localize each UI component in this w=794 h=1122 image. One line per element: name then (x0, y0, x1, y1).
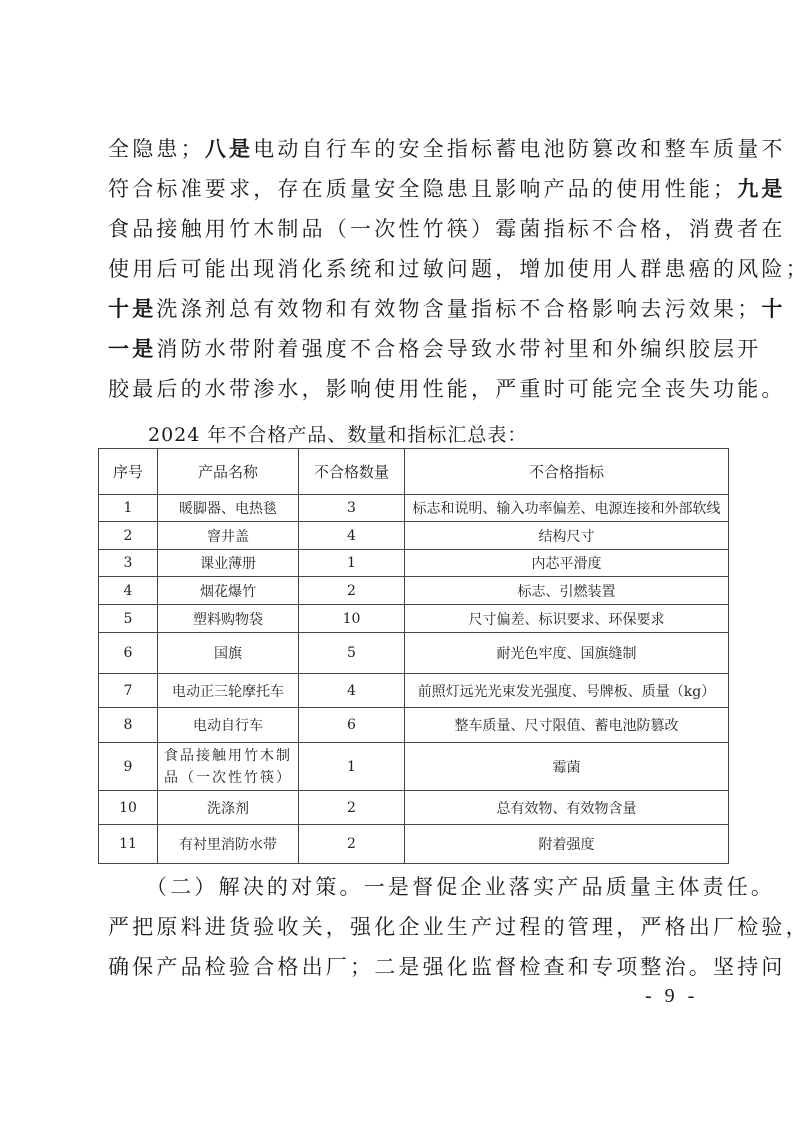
cell-no: 7 (99, 674, 158, 708)
cell-no: 1 (99, 495, 158, 522)
page-number: - 9 - (645, 985, 698, 1008)
table-row: 11有衬里消防水带2附着强度 (99, 825, 729, 864)
text-run: 食品接触用竹木制品（一次性竹筷）霉菌指标不合格，消费者在 (108, 217, 786, 241)
cell-no: 3 (99, 550, 158, 577)
cell-name: 窨井盖 (158, 522, 299, 550)
cell-count: 2 (299, 577, 405, 605)
cell-no: 5 (99, 605, 158, 633)
header-product-name: 产品名称 (158, 449, 299, 495)
text-run: 全隐患； (108, 137, 205, 161)
cell-no: 11 (99, 825, 158, 864)
cell-no: 9 (99, 743, 158, 791)
cell-count: 4 (299, 674, 405, 708)
cell-count: 10 (299, 605, 405, 633)
header-count: 不合格数量 (299, 449, 405, 495)
table-row: 10洗涤剂2总有效物、有效物含量 (99, 791, 729, 825)
cell-name: 烟花爆竹 (158, 577, 299, 605)
cell-indicators: 总有效物、有效物含量 (405, 791, 729, 825)
cell-count: 6 (299, 708, 405, 743)
cell-indicators: 结构尺寸 (405, 522, 729, 550)
paragraph-line: 确保产品检验合格出厂；二是强化监督检查和专项整治。坚持问 (108, 955, 786, 979)
cell-indicators: 霉菌 (405, 743, 729, 791)
cell-name: 电动自行车 (158, 708, 299, 743)
cell-name: 塑料购物袋 (158, 605, 299, 633)
text-run: 符合标准要求，存在质量安全隐患且影响产品的使用性能； (108, 177, 737, 201)
cell-name: 食品接触用竹木制品（一次性竹筷） (158, 743, 299, 791)
cell-no: 4 (99, 577, 158, 605)
bold-ordinal: 十是 (108, 296, 156, 321)
header-no: 序号 (99, 449, 158, 495)
table-row: 9食品接触用竹木制品（一次性竹筷）1霉菌 (99, 743, 729, 791)
paragraph-line: 十是洗涤剂总有效物和有效物含量指标不合格影响去污效果；十 (108, 297, 786, 321)
cell-indicators: 耐光色牢度、国旗缝制 (405, 633, 729, 674)
cell-indicators: 标志、引燃装置 (405, 577, 729, 605)
table-row: 7电动正三轮摩托车4前照灯远光光束发光强度、号牌板、质量（kg） (99, 674, 729, 708)
cell-no: 8 (99, 708, 158, 743)
nonconforming-products-table: 序号 产品名称 不合格数量 不合格指标 1暖脚器、电热毯3标志和说明、输入功率偏… (98, 448, 729, 864)
cell-no: 2 (99, 522, 158, 550)
bold-ordinal: 九是 (737, 176, 785, 201)
table-caption: 2024 年不合格产品、数量和指标汇总表： (148, 420, 527, 447)
cell-indicators: 标志和说明、输入功率偏差、电源连接和外部软线 (405, 495, 729, 522)
text-run: 电动自行车的安全指标蓄电池防篡改和整车质量不 (253, 137, 785, 161)
text-run: 胶最后的水带渗水，影响使用性能，严重时可能完全丧失功能。 (108, 377, 786, 401)
bold-ordinal: 一是 (108, 336, 156, 361)
paragraph-line: 食品接触用竹木制品（一次性竹筷）霉菌指标不合格，消费者在 (108, 217, 786, 241)
cell-name: 有衬里消防水带 (158, 825, 299, 864)
text-run: 消防水带附着强度不合格会导致水带衬里和外编织胶层开 (156, 337, 761, 361)
table-row: 4烟花爆竹2标志、引燃装置 (99, 577, 729, 605)
table-row: 5塑料购物袋10尺寸偏差、标识要求、环保要求 (99, 605, 729, 633)
cell-indicators: 整车质量、尺寸限值、蓄电池防篡改 (405, 708, 729, 743)
paragraph-line: 一是消防水带附着强度不合格会导致水带衬里和外编织胶层开 (108, 337, 761, 361)
cell-count: 1 (299, 550, 405, 577)
table-row: 1暖脚器、电热毯3标志和说明、输入功率偏差、电源连接和外部软线 (99, 495, 729, 522)
cell-no: 10 (99, 791, 158, 825)
paragraph-line: 全隐患；八是电动自行车的安全指标蓄电池防篡改和整车质量不 (108, 137, 786, 161)
text-run: 使用后可能出现消化系统和过敏问题，增加使用人群患癌的风险； (108, 257, 794, 281)
cell-name: 国旗 (158, 633, 299, 674)
cell-count: 1 (299, 743, 405, 791)
header-indicators: 不合格指标 (405, 449, 729, 495)
cell-no: 6 (99, 633, 158, 674)
cell-count: 5 (299, 633, 405, 674)
paragraph-line: （二）解决的对策。一是督促企业落实产品质量主体责任。 (108, 875, 775, 899)
paragraph-line: 符合标准要求，存在质量安全隐患且影响产品的使用性能；九是 (108, 177, 786, 201)
cell-count: 2 (299, 791, 405, 825)
table-row: 2窨井盖4结构尺寸 (99, 522, 729, 550)
cell-name: 暖脚器、电热毯 (158, 495, 299, 522)
table-row: 6国旗5耐光色牢度、国旗缝制 (99, 633, 729, 674)
cell-count: 2 (299, 825, 405, 864)
paragraph-line: 使用后可能出现消化系统和过敏问题，增加使用人群患癌的风险； (108, 257, 794, 281)
paragraph-line: 胶最后的水带渗水，影响使用性能，严重时可能完全丧失功能。 (108, 377, 786, 401)
cell-name: 课业薄册 (158, 550, 299, 577)
paragraph-line: 严把原料进货验收关，强化企业生产过程的管理，严格出厂检验， (108, 915, 794, 939)
cell-count: 4 (299, 522, 405, 550)
cell-indicators: 尺寸偏差、标识要求、环保要求 (405, 605, 729, 633)
bold-ordinal: 十 (761, 296, 785, 321)
table-row: 3课业薄册1内芯平滑度 (99, 550, 729, 577)
table-row: 8电动自行车6整车质量、尺寸限值、蓄电池防篡改 (99, 708, 729, 743)
cell-name: 洗涤剂 (158, 791, 299, 825)
text-run: 洗涤剂总有效物和有效物含量指标不合格影响去污效果； (156, 297, 761, 321)
cell-name: 电动正三轮摩托车 (158, 674, 299, 708)
bold-ordinal: 八是 (205, 136, 253, 161)
cell-count: 3 (299, 495, 405, 522)
cell-indicators: 内芯平滑度 (405, 550, 729, 577)
table-header-row: 序号 产品名称 不合格数量 不合格指标 (99, 449, 729, 495)
cell-indicators: 附着强度 (405, 825, 729, 864)
cell-indicators: 前照灯远光光束发光强度、号牌板、质量（kg） (405, 674, 729, 708)
